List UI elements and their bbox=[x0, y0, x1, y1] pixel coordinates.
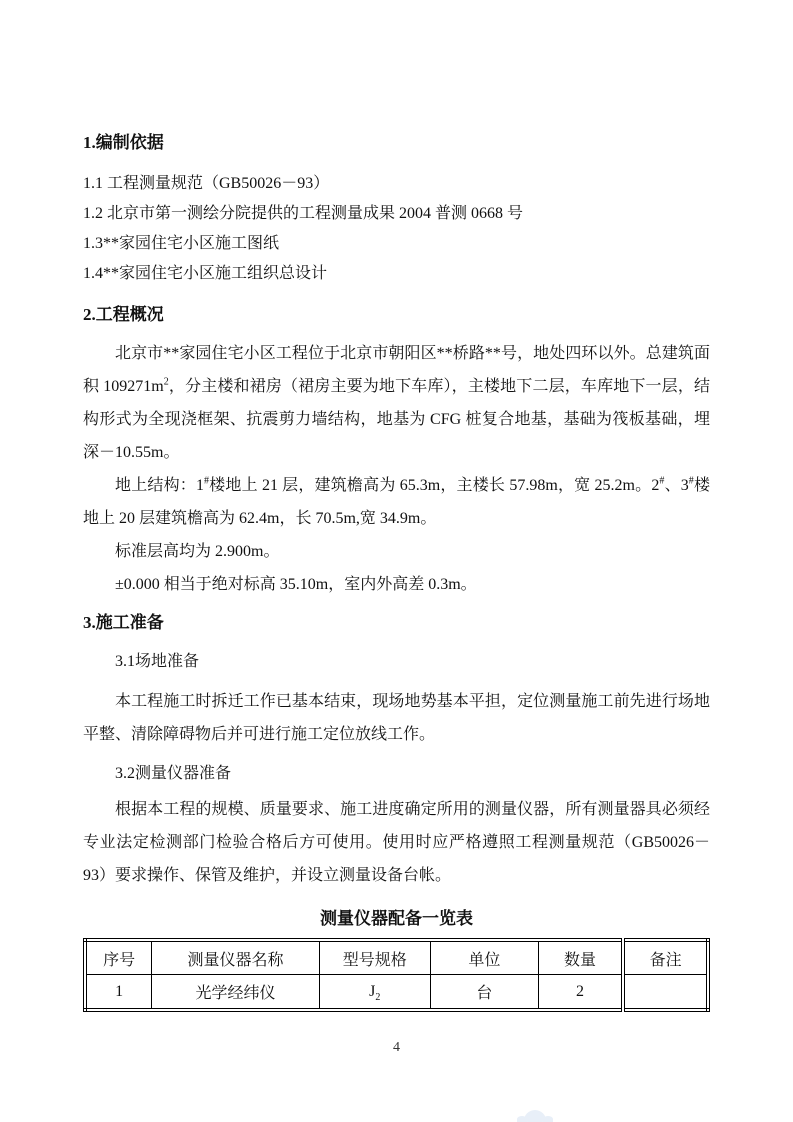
section-3-heading: 3.施工准备 bbox=[83, 613, 710, 633]
header-serial-number: 序号 bbox=[85, 940, 152, 975]
instrument-table: 序号 测量仪器名称 型号规格 单位 数量 备注 1 光学经纬仪 J2 台 2 bbox=[83, 938, 710, 1012]
reference-item-2: 1.2 北京市第一测绘分院提供的工程测量成果 2004 普测 0668 号 bbox=[83, 199, 710, 229]
page-number: 4 bbox=[0, 1040, 793, 1056]
cell-remarks bbox=[623, 975, 708, 1011]
cell-instrument-name: 光学经纬仪 bbox=[152, 975, 320, 1011]
section-2-heading: 2.工程概况 bbox=[83, 305, 710, 325]
header-unit: 单位 bbox=[430, 940, 538, 975]
table-row: 1 光学经纬仪 J2 台 2 bbox=[85, 975, 708, 1011]
reference-item-3: 1.3**家园住宅小区施工图纸 bbox=[83, 229, 710, 259]
project-overview-paragraph: 北京市**家园住宅小区工程位于北京市朝阳区**桥路**号，地处四环以外。总建筑面… bbox=[83, 337, 710, 469]
document-content: 1.编制依据 1.1 工程测量规范（GB50026－93） 1.2 北京市第一测… bbox=[83, 133, 710, 1012]
reference-item-4: 1.4**家园住宅小区施工组织总设计 bbox=[83, 259, 710, 289]
header-quantity: 数量 bbox=[538, 940, 623, 975]
table-header-row: 序号 测量仪器名称 型号规格 单位 数量 备注 bbox=[85, 940, 708, 975]
cell-quantity: 2 bbox=[538, 975, 623, 1011]
cell-model-spec: J2 bbox=[319, 975, 430, 1011]
section-1-reference-list: 1.1 工程测量规范（GB50026－93） 1.2 北京市第一测绘分院提供的工… bbox=[83, 169, 710, 289]
header-model-spec: 型号规格 bbox=[319, 940, 430, 975]
above-ground-structure-paragraph: 地上结构：1#楼地上 21 层，建筑檐高为 65.3m，主楼长 57.98m，宽… bbox=[83, 469, 710, 535]
site-preparation-paragraph: 本工程施工时拆迁工作已基本结束，现场地势基本平担，定位测量施工前先进行场地平整、… bbox=[83, 685, 710, 751]
reference-item-1: 1.1 工程测量规范（GB50026－93） bbox=[83, 169, 710, 199]
standard-floor-height-line: 标准层高均为 2.900m。 bbox=[83, 535, 710, 568]
cell-unit: 台 bbox=[430, 975, 538, 1011]
subsection-3-2-heading: 3.2测量仪器准备 bbox=[83, 759, 710, 789]
cell-serial-number: 1 bbox=[85, 975, 152, 1011]
header-instrument-name: 测量仪器名称 bbox=[152, 940, 320, 975]
instrument-preparation-paragraph: 根据本工程的规模、质量要求、施工进度确定所用的测量仪器，所有测量器具必须经专业法… bbox=[83, 793, 710, 892]
section-1-heading: 1.编制依据 bbox=[83, 133, 710, 153]
header-remarks: 备注 bbox=[623, 940, 708, 975]
watermark-cloud-logo bbox=[524, 1110, 546, 1122]
subsection-3-1-heading: 3.1场地准备 bbox=[83, 647, 710, 677]
instrument-table-title: 测量仪器配备一览表 bbox=[83, 908, 710, 930]
document-page: 1.编制依据 1.1 工程测量规范（GB50026－93） 1.2 北京市第一测… bbox=[0, 0, 793, 1122]
elevation-datum-line: ±0.000 相当于绝对标高 35.10m，室内外高差 0.3m。 bbox=[83, 568, 710, 601]
